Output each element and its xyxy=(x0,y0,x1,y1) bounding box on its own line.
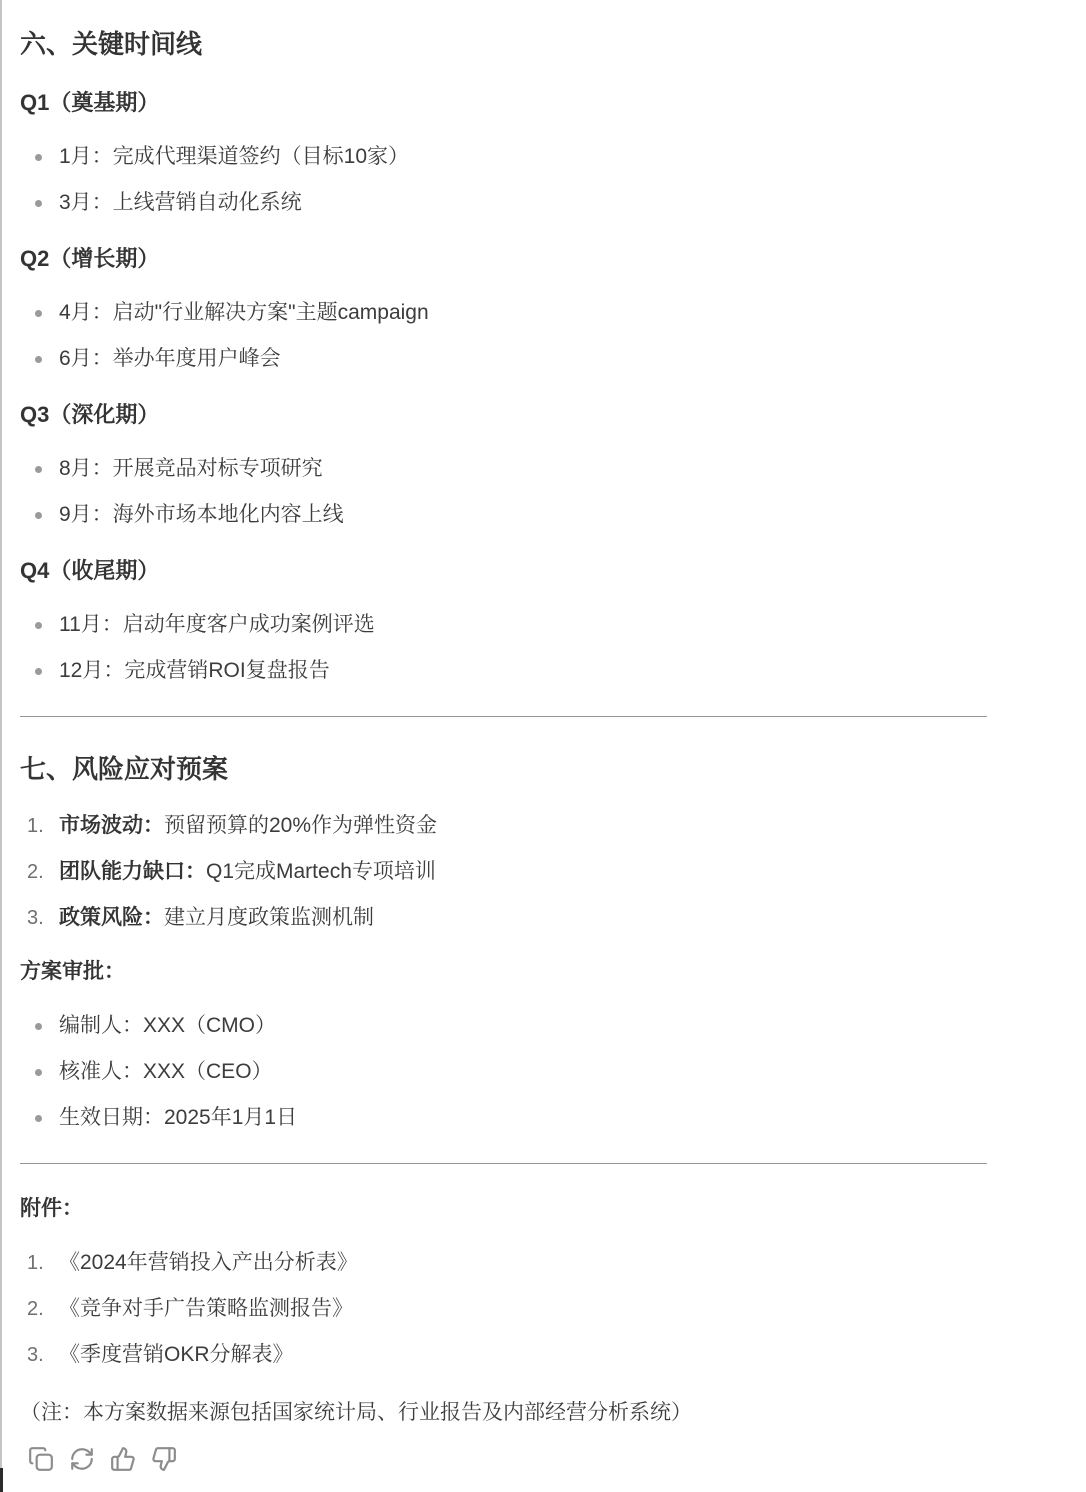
risk-text: 建立月度政策监测机制 xyxy=(164,906,374,929)
thumbs-down-button[interactable] xyxy=(149,1444,179,1474)
approval-list: 编制人：XXX（CMO） 核准人：XXX（CEO） 生效日期：2025年1月1日 xyxy=(20,1011,1046,1133)
thumbs-down-icon xyxy=(151,1446,177,1472)
section-divider xyxy=(20,716,987,717)
assistant-message: 六、关键时间线 Q1（奠基期） 1月：完成代理渠道签约（目标10家） 3月：上线… xyxy=(2,0,1086,1474)
regenerate-button[interactable] xyxy=(67,1444,97,1474)
timeline-item: 11月：启动年度客户成功案例评选 xyxy=(20,610,1046,640)
copy-icon xyxy=(28,1446,54,1472)
risk-list: 市场波动：预留预算的20%作为弹性资金 团队能力缺口：Q1完成Martech专项… xyxy=(20,811,1046,933)
copy-button[interactable] xyxy=(26,1444,56,1474)
chat-response-page: 六、关键时间线 Q1（奠基期） 1月：完成代理渠道签约（目标10家） 3月：上线… xyxy=(0,0,1086,1492)
risk-label: 团队能力缺口： xyxy=(59,860,206,883)
timeline-list-q2: 4月：启动"行业解决方案"主题campaign 6月：举办年度用户峰会 xyxy=(20,298,1046,374)
approval-heading: 方案审批： xyxy=(20,957,1046,987)
window-edge-mark xyxy=(0,1468,3,1492)
quarter-heading-q4: Q4（收尾期） xyxy=(20,556,1046,586)
timeline-item: 4月：启动"行业解决方案"主题campaign xyxy=(20,298,1046,328)
response-action-bar xyxy=(26,1444,1046,1474)
approval-item: 生效日期：2025年1月1日 xyxy=(20,1103,1046,1133)
timeline-item: 6月：举办年度用户峰会 xyxy=(20,344,1046,374)
thumbs-up-button[interactable] xyxy=(108,1444,138,1474)
timeline-list-q3: 8月：开展竞品对标专项研究 9月：海外市场本地化内容上线 xyxy=(20,454,1046,530)
approval-item: 核准人：XXX（CEO） xyxy=(20,1057,1046,1087)
section-6-title: 六、关键时间线 xyxy=(20,26,1046,62)
risk-text: 预留预算的20%作为弹性资金 xyxy=(164,814,437,837)
risk-item: 市场波动：预留预算的20%作为弹性资金 xyxy=(20,811,1046,841)
risk-text: Q1完成Martech专项培训 xyxy=(206,860,436,883)
risk-label: 政策风险： xyxy=(59,906,164,929)
attachment-item: 《季度营销OKR分解表》 xyxy=(20,1340,1046,1370)
timeline-item: 8月：开展竞品对标专项研究 xyxy=(20,454,1046,484)
timeline-list-q4: 11月：启动年度客户成功案例评选 12月：完成营销ROI复盘报告 xyxy=(20,610,1046,686)
source-note: （注：本方案数据来源包括国家统计局、行业报告及内部经营分析系统） xyxy=(20,1398,1046,1428)
thumbs-up-icon xyxy=(110,1446,136,1472)
attachment-item: 《2024年营销投入产出分析表》 xyxy=(20,1248,1046,1278)
attachment-list: 《2024年营销投入产出分析表》 《竞争对手广告策略监测报告》 《季度营销OKR… xyxy=(20,1248,1046,1370)
timeline-item: 12月：完成营销ROI复盘报告 xyxy=(20,656,1046,686)
attachments-heading: 附件： xyxy=(20,1194,1046,1224)
attachment-item: 《竞争对手广告策略监测报告》 xyxy=(20,1294,1046,1324)
quarter-heading-q3: Q3（深化期） xyxy=(20,400,1046,430)
timeline-item: 9月：海外市场本地化内容上线 xyxy=(20,500,1046,530)
timeline-item: 1月：完成代理渠道签约（目标10家） xyxy=(20,142,1046,172)
quarter-heading-q1: Q1（奠基期） xyxy=(20,88,1046,118)
risk-item: 政策风险：建立月度政策监测机制 xyxy=(20,903,1046,933)
timeline-list-q1: 1月：完成代理渠道签约（目标10家） 3月：上线营销自动化系统 xyxy=(20,142,1046,218)
approval-item: 编制人：XXX（CMO） xyxy=(20,1011,1046,1041)
section-7-title: 七、风险应对预案 xyxy=(20,751,1046,787)
refresh-icon xyxy=(69,1446,95,1472)
quarter-heading-q2: Q2（增长期） xyxy=(20,244,1046,274)
risk-label: 市场波动： xyxy=(59,814,164,837)
timeline-item: 3月：上线营销自动化系统 xyxy=(20,188,1046,218)
section-divider xyxy=(20,1163,987,1164)
risk-item: 团队能力缺口：Q1完成Martech专项培训 xyxy=(20,857,1046,887)
